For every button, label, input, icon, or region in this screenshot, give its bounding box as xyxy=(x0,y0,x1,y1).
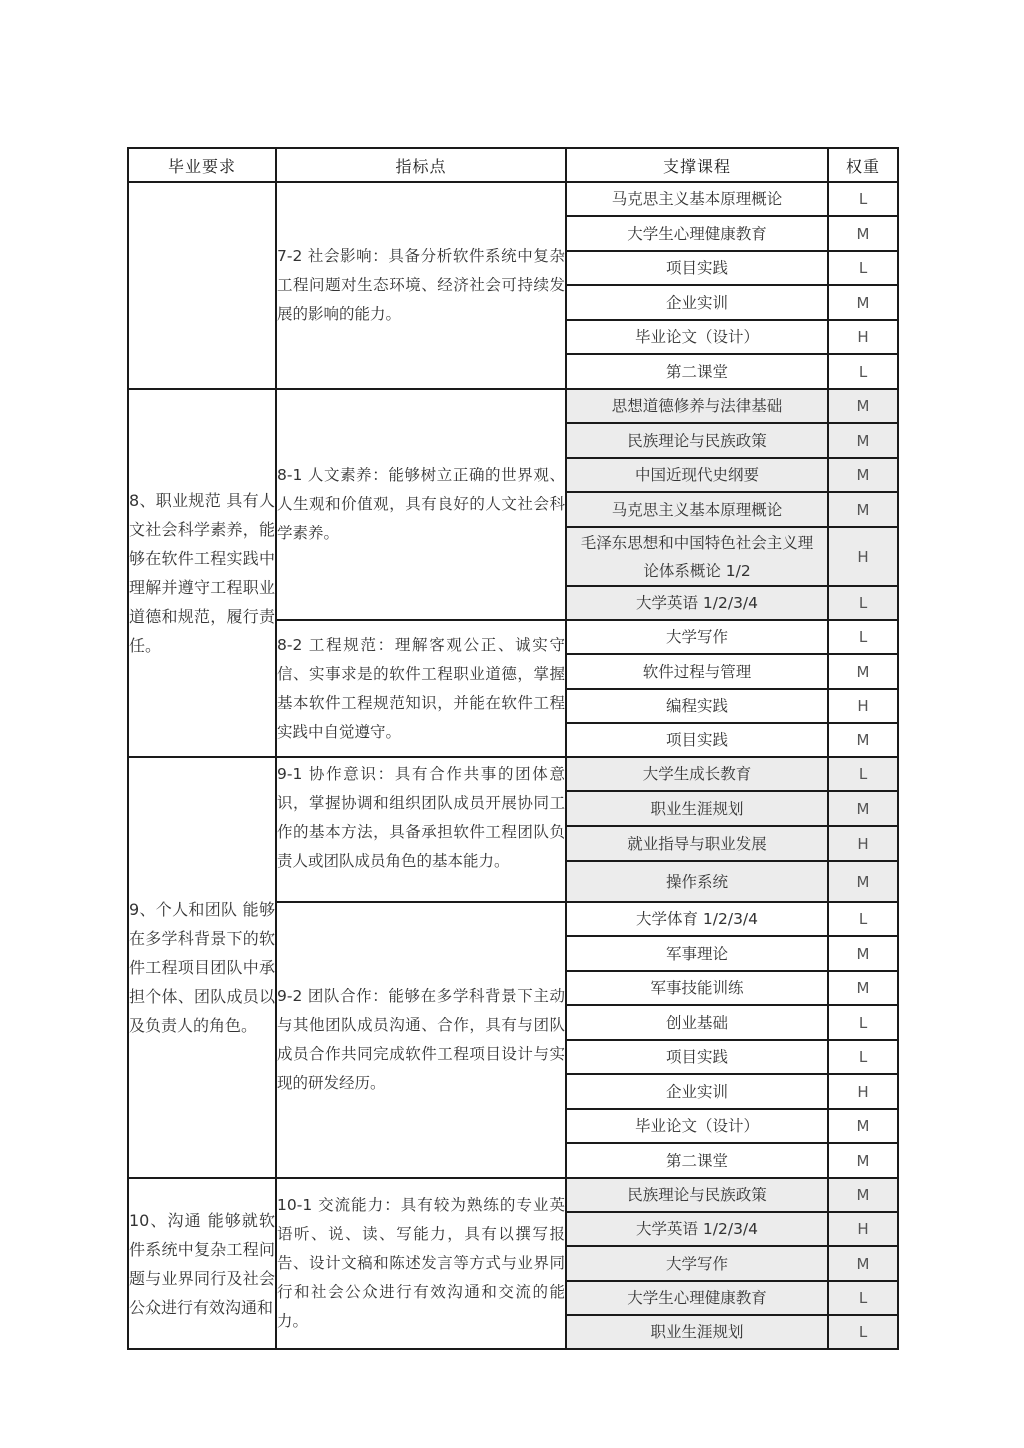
requirement-cell: 8、职业规范 具有人文社会科学素养，能够在软件工程实践中理解并遵守工程职业道德和… xyxy=(128,389,276,757)
course-cell: 项目实践 xyxy=(566,723,828,757)
weight-cell: L xyxy=(828,902,898,936)
course-cell: 民族理论与民族政策 xyxy=(566,423,828,458)
indicator-cell: 10-1 交流能力：具有较为熟练的专业英语听、说、读、写能力，具有以撰写报告、设… xyxy=(276,1178,566,1349)
course-cell: 编程实践 xyxy=(566,689,828,723)
table-header-row: 毕业要求 指标点 支撑课程 权重 xyxy=(128,148,898,182)
course-cell: 大学写作 xyxy=(566,620,828,654)
course-cell: 马克思主义基本原理概论 xyxy=(566,182,828,216)
weight-cell: M xyxy=(828,791,898,826)
course-cell: 大学生心理健康教育 xyxy=(566,1281,828,1315)
course-cell: 职业生涯规划 xyxy=(566,1315,828,1349)
weight-cell: L xyxy=(828,1040,898,1074)
weight-cell: L xyxy=(828,251,898,285)
indicator-cell: 9-1 协作意识：具有合作共事的团体意识，掌握协调和组织团队成员开展协同工作的基… xyxy=(276,757,566,902)
requirement-cell: 9、个人和团队 能够在多学科背景下的软件工程项目团队中承担个体、团队成员以及负责… xyxy=(128,757,276,1178)
header-weight: 权重 xyxy=(828,148,898,182)
course-cell: 毛泽东思想和中国特色社会主义理论体系概论 1/2 xyxy=(566,527,828,586)
weight-cell: M xyxy=(828,389,898,423)
course-cell: 企业实训 xyxy=(566,1074,828,1109)
weight-cell: M xyxy=(828,936,898,971)
course-cell: 职业生涯规划 xyxy=(566,791,828,826)
course-cell: 项目实践 xyxy=(566,1040,828,1074)
weight-cell: H xyxy=(828,1074,898,1109)
course-cell: 中国近现代史纲要 xyxy=(566,458,828,492)
weight-cell: M xyxy=(828,971,898,1005)
weight-cell: M xyxy=(828,861,898,902)
weight-cell: H xyxy=(828,1212,898,1246)
table-row: 7-2 社会影响：具备分析软件系统中复杂工程问题对生态环境、经济社会可持续发展的… xyxy=(128,182,898,216)
course-cell: 大学体育 1/2/3/4 xyxy=(566,902,828,936)
weight-cell: L xyxy=(828,586,898,620)
course-cell: 创业基础 xyxy=(566,1005,828,1040)
course-cell: 操作系统 xyxy=(566,861,828,902)
table-row: 9、个人和团队 能够在多学科背景下的软件工程项目团队中承担个体、团队成员以及负责… xyxy=(128,757,898,791)
indicator-cell: 7-2 社会影响：具备分析软件系统中复杂工程问题对生态环境、经济社会可持续发展的… xyxy=(276,182,566,389)
header-requirement: 毕业要求 xyxy=(128,148,276,182)
course-cell: 思想道德修养与法律基础 xyxy=(566,389,828,423)
weight-cell: L xyxy=(828,620,898,654)
indicator-cell: 8-2 工程规范：理解客观公正、诚实守信、实事求是的软件工程职业道德，掌握基本软… xyxy=(276,620,566,757)
course-cell: 第二课堂 xyxy=(566,1143,828,1178)
weight-cell: M xyxy=(828,1178,898,1212)
indicator-cell: 9-2 团队合作：能够在多学科背景下主动与其他团队成员沟通、合作，具有与团队成员… xyxy=(276,902,566,1178)
course-cell: 就业指导与职业发展 xyxy=(566,826,828,861)
weight-cell: M xyxy=(828,423,898,458)
weight-cell: L xyxy=(828,1315,898,1349)
course-cell: 大学写作 xyxy=(566,1246,828,1281)
weight-cell: H xyxy=(828,826,898,861)
course-cell: 军事技能训练 xyxy=(566,971,828,1005)
weight-cell: M xyxy=(828,285,898,320)
weight-cell: L xyxy=(828,757,898,791)
header-course: 支撑课程 xyxy=(566,148,828,182)
course-cell: 马克思主义基本原理概论 xyxy=(566,492,828,527)
course-cell: 军事理论 xyxy=(566,936,828,971)
course-cell: 第二课堂 xyxy=(566,354,828,389)
weight-cell: L xyxy=(828,1005,898,1040)
weight-cell: M xyxy=(828,723,898,757)
weight-cell: H xyxy=(828,320,898,354)
weight-cell: L xyxy=(828,182,898,216)
table-row: 8、职业规范 具有人文社会科学素养，能够在软件工程实践中理解并遵守工程职业道德和… xyxy=(128,389,898,423)
weight-cell: H xyxy=(828,527,898,586)
weight-cell: M xyxy=(828,1246,898,1281)
weight-cell: M xyxy=(828,216,898,251)
weight-cell: M xyxy=(828,654,898,689)
header-indicator: 指标点 xyxy=(276,148,566,182)
weight-cell: M xyxy=(828,492,898,527)
weight-cell: H xyxy=(828,689,898,723)
weight-cell: M xyxy=(828,1109,898,1143)
requirement-cell: 10、沟通 能够就软件系统中复杂工程问题与业界同行及社会公众进行有效沟通和 xyxy=(128,1178,276,1349)
course-cell: 毕业论文（设计） xyxy=(566,320,828,354)
graduation-requirements-table: 毕业要求 指标点 支撑课程 权重 7-2 社会影响：具备分析软件系统中复杂工程问… xyxy=(127,147,899,1350)
course-cell: 企业实训 xyxy=(566,285,828,320)
weight-cell: M xyxy=(828,1143,898,1178)
course-cell: 软件过程与管理 xyxy=(566,654,828,689)
course-cell: 民族理论与民族政策 xyxy=(566,1178,828,1212)
requirement-cell xyxy=(128,182,276,389)
indicator-cell: 8-1 人文素养：能够树立正确的世界观、人生观和价值观，具有良好的人文社会科学素… xyxy=(276,389,566,620)
course-cell: 大学英语 1/2/3/4 xyxy=(566,586,828,620)
table-row: 10、沟通 能够就软件系统中复杂工程问题与业界同行及社会公众进行有效沟通和 10… xyxy=(128,1178,898,1212)
course-cell: 毕业论文（设计） xyxy=(566,1109,828,1143)
weight-cell: L xyxy=(828,1281,898,1315)
course-cell: 项目实践 xyxy=(566,251,828,285)
course-cell: 大学生心理健康教育 xyxy=(566,216,828,251)
weight-cell: M xyxy=(828,458,898,492)
course-cell: 大学生成长教育 xyxy=(566,757,828,791)
weight-cell: L xyxy=(828,354,898,389)
course-cell: 大学英语 1/2/3/4 xyxy=(566,1212,828,1246)
